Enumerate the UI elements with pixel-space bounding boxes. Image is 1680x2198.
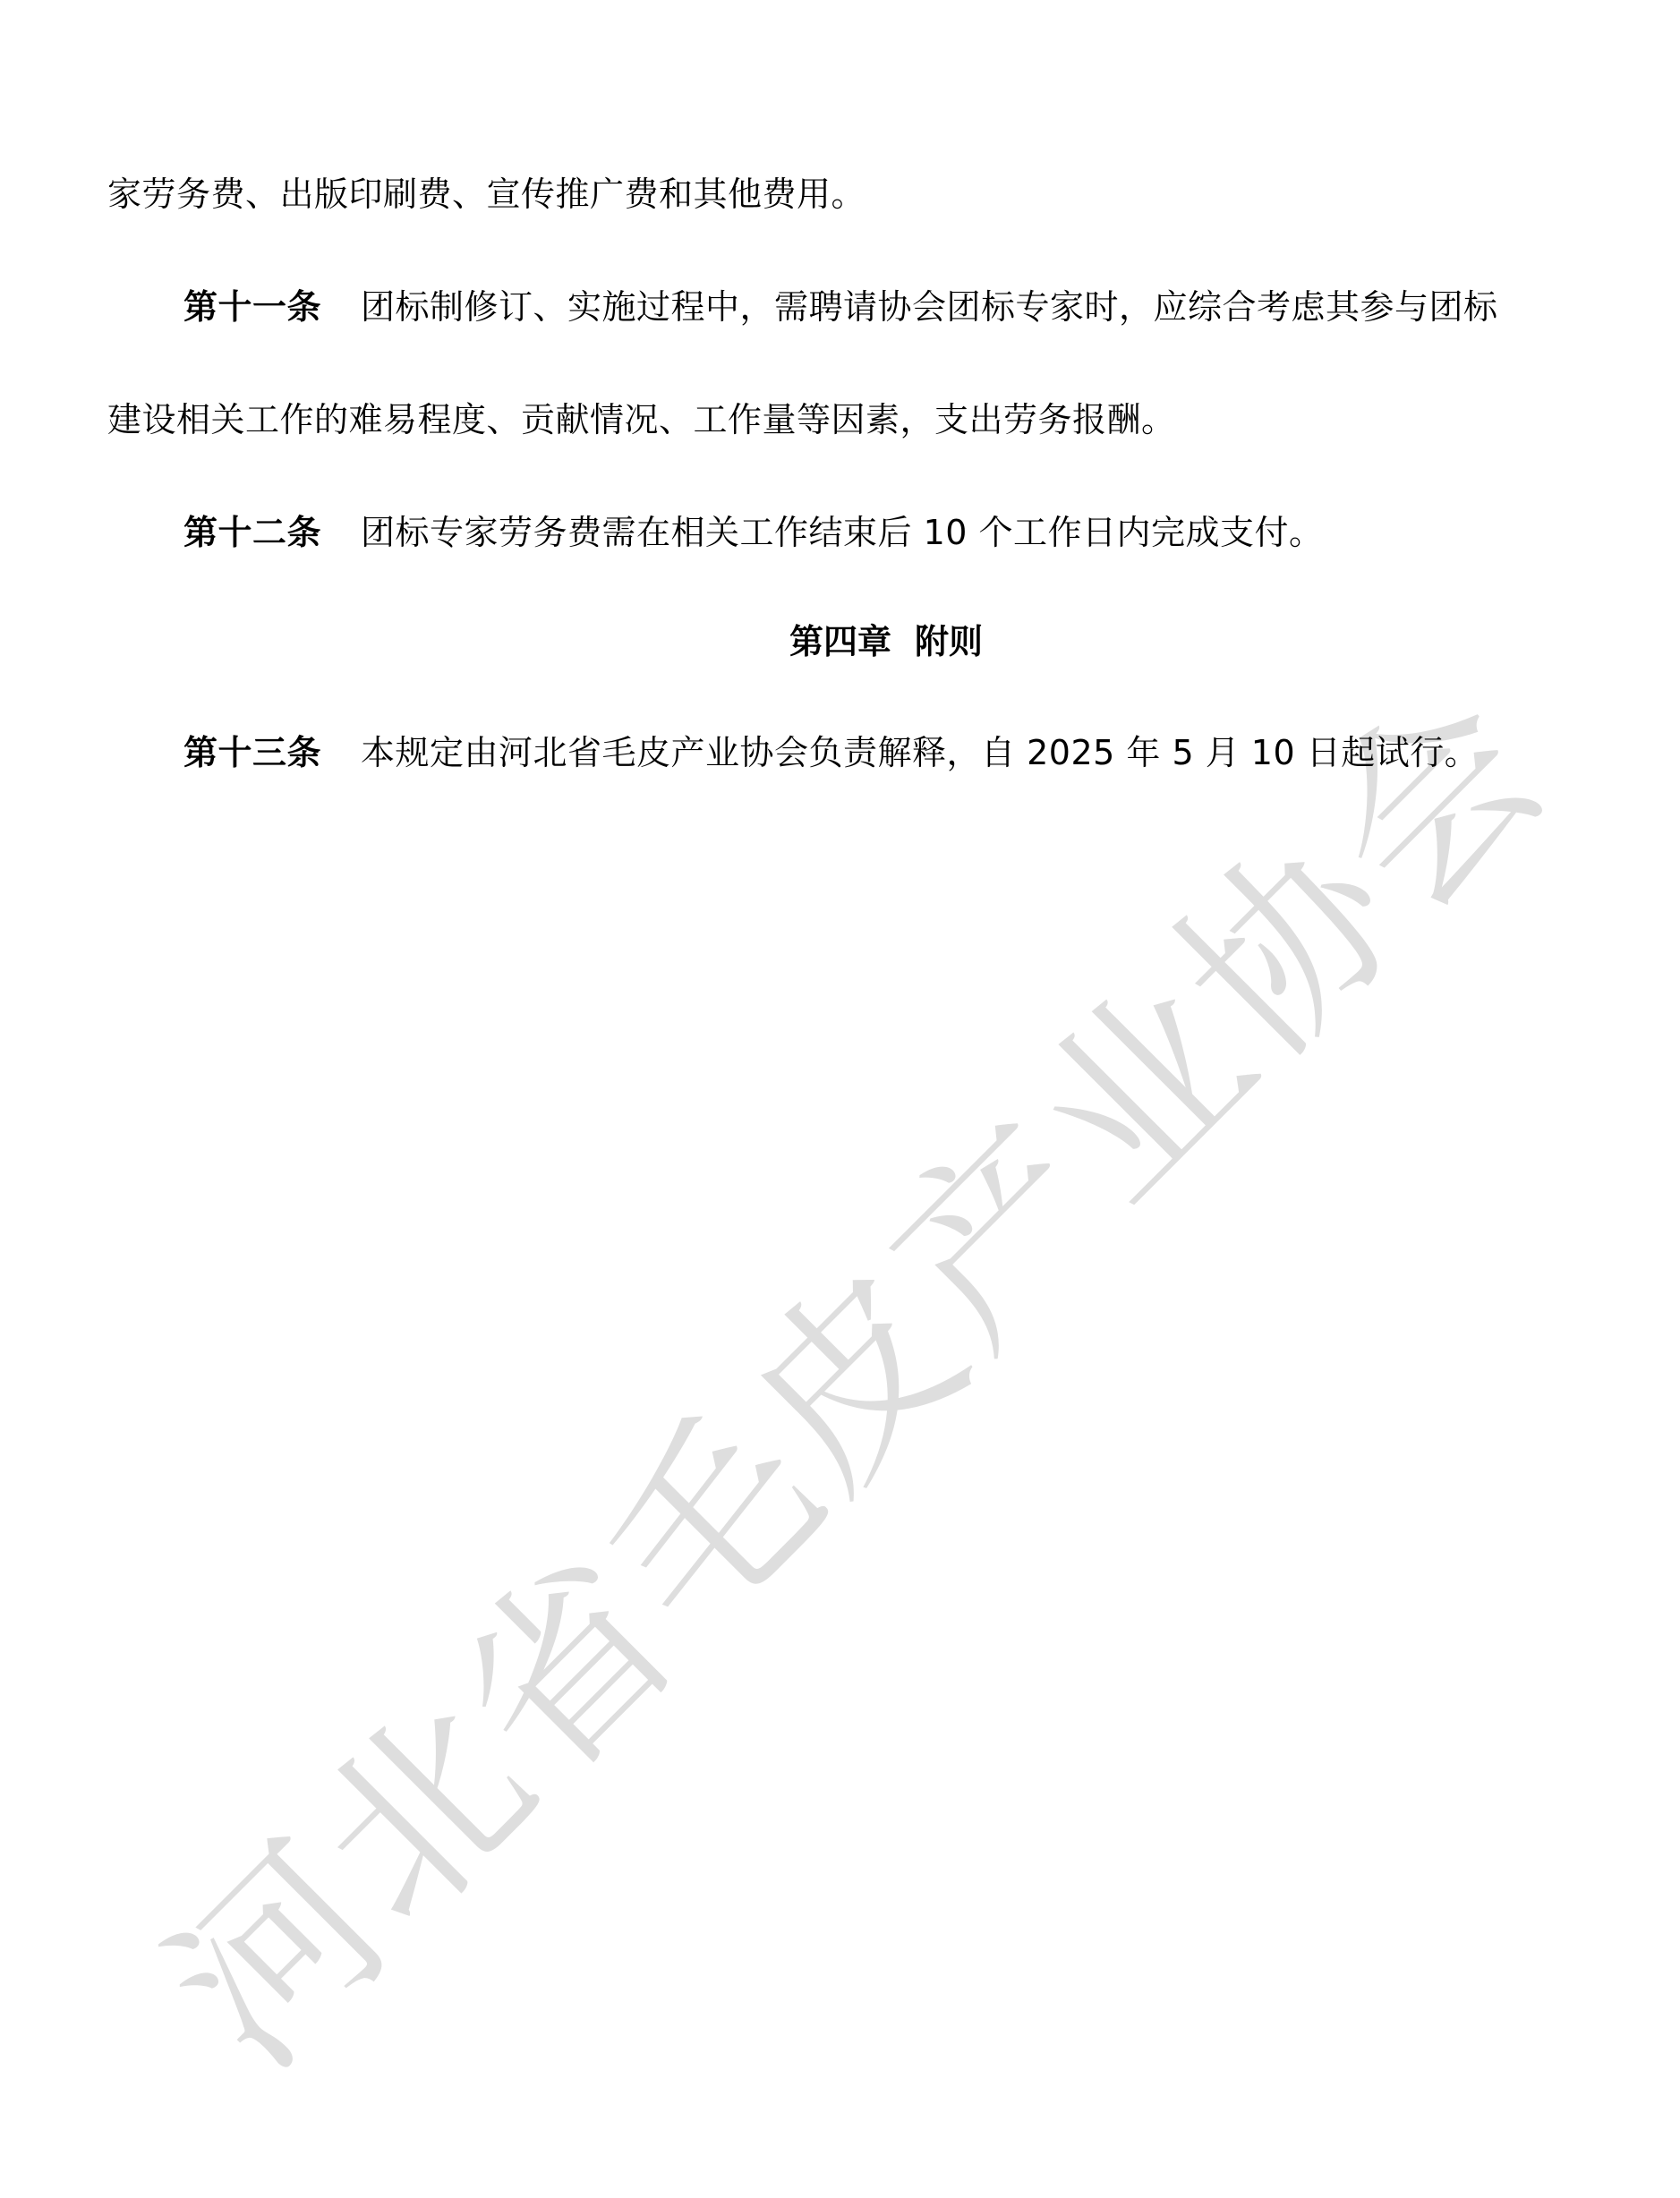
article-13-label: 第十三条 — [183, 733, 321, 772]
chapter-number: 第四章 — [789, 622, 891, 661]
watermark: 河北省毛皮产业协会 — [140, 659, 1579, 2098]
article-12-label: 第十二条 — [183, 513, 321, 552]
article-11-text-1: 团标制修订、实施过程中，需聘请协会团标专家时，应综合考虑其参与团标 — [361, 287, 1498, 327]
article-13: 第十三条本规定由河北省毛皮产业协会负责解释，自 2025 年 5 月 10 日起… — [183, 730, 1479, 775]
chapter-title: 附则 — [915, 622, 983, 661]
article-12: 第十二条团标专家劳务费需在相关工作结束后 10 个工作日内完成支付。 — [183, 510, 1324, 555]
chapter-heading: 第四章附则 — [0, 619, 1680, 664]
article-12-text: 团标专家劳务费需在相关工作结束后 10 个工作日内完成支付。 — [361, 513, 1324, 552]
document-page: 河北省毛皮产业协会 家劳务费、出版印刷费、宣传推广费和其他费用。 第十一条团标制… — [0, 0, 1680, 2198]
article-11-label: 第十一条 — [183, 287, 321, 327]
paragraph-continuation: 家劳务费、出版印刷费、宣传推广费和其他费用。 — [107, 172, 866, 217]
article-13-text: 本规定由河北省毛皮产业协会负责解释，自 2025 年 5 月 10 日起试行。 — [361, 733, 1479, 772]
article-11-line-2: 建设相关工作的难易程度、贡献情况、工作量等因素，支出劳务报酬。 — [107, 397, 1176, 442]
article-11-line-1: 第十一条团标制修订、实施过程中，需聘请协会团标专家时，应综合考虑其参与团标 — [183, 285, 1498, 329]
